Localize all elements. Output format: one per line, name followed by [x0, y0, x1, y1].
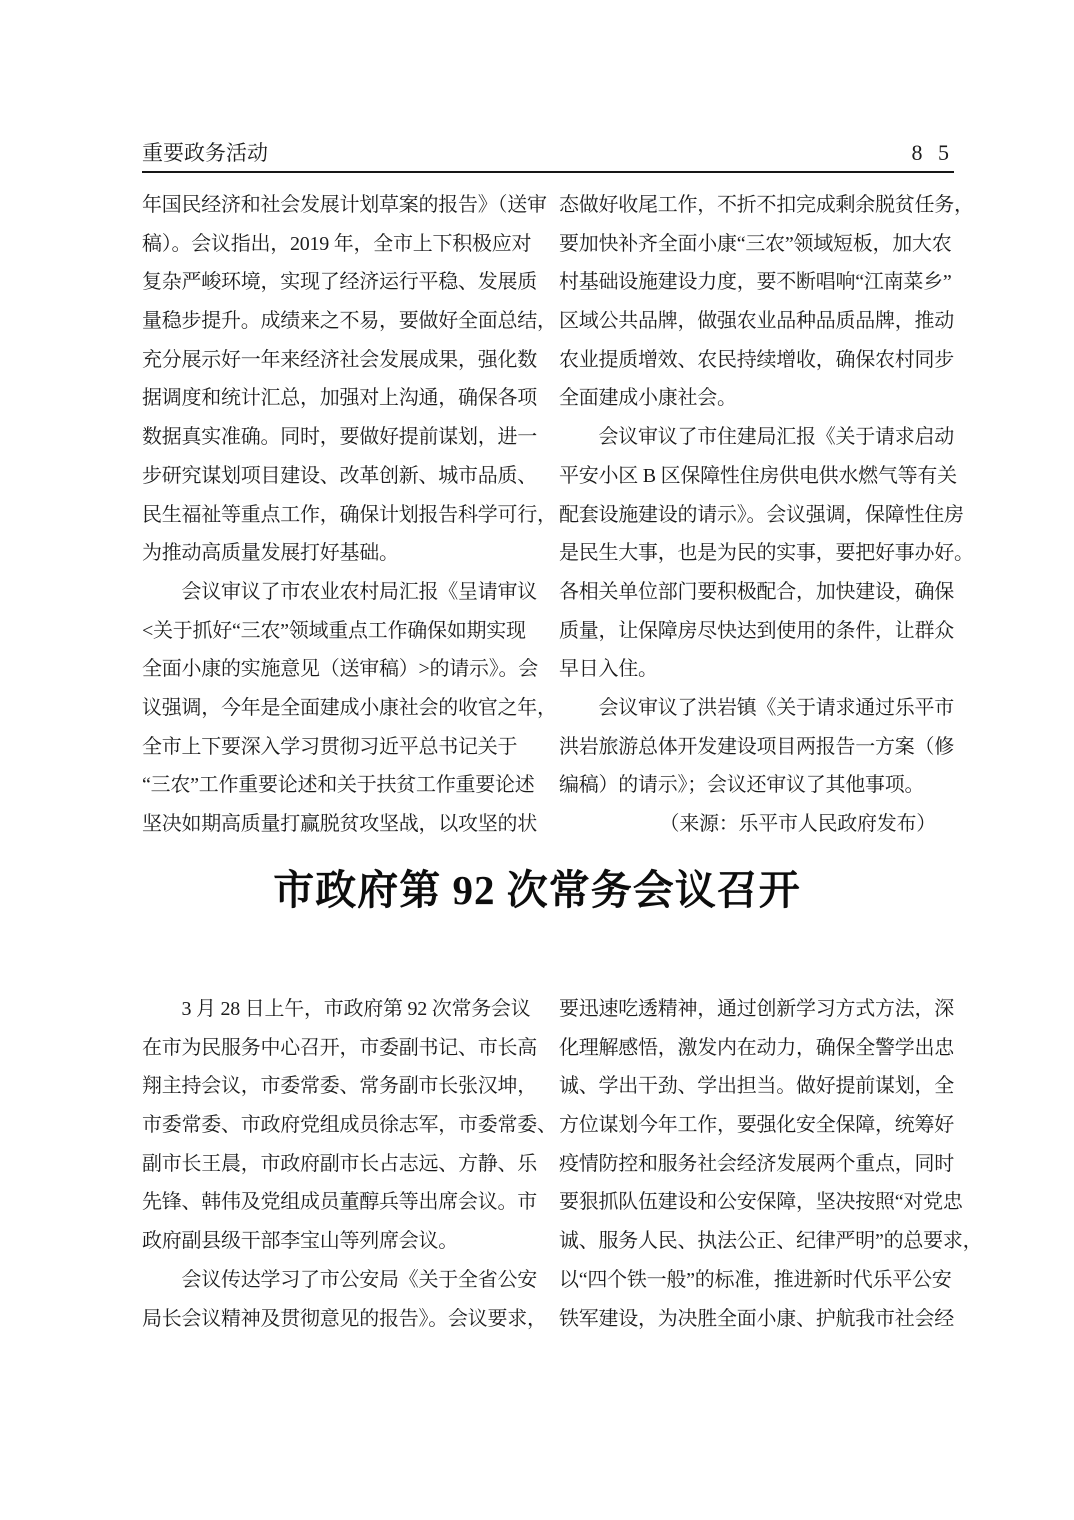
- text-line: 要迅速吃透精神，通过创新学习方式方法，深: [559, 990, 954, 1029]
- document-page: 重要政务活动 8 5 年国民经济和社会发展计划草案的报告》（送审稿）。会议指出，…: [0, 0, 1074, 1520]
- source-attribution: （来源：乐平市人民政府发布）: [559, 805, 954, 844]
- text-line: 会议审议了市农业农村局汇报《呈请审议: [142, 573, 537, 612]
- text-line: 据调度和统计汇总，加强对上沟通，确保各项: [142, 379, 537, 418]
- text-line: “三农”工作重要论述和关于扶贫工作重要论述: [142, 766, 537, 805]
- text-line: 民生福祉等重点工作，确保计划报告科学可行，: [142, 496, 537, 535]
- text-line: 会议审议了市住建局汇报《关于请求启动: [559, 418, 954, 457]
- text-line: 副市长王晨，市政府副市长占志远、方静、乐: [142, 1145, 537, 1184]
- text-line: 平安小区 B 区保障性住房供电供水燃气等有关: [559, 457, 954, 496]
- text-line: 疫情防控和服务社会经济发展两个重点，同时: [559, 1145, 954, 1184]
- text-line: 态做好收尾工作，不折不扣完成剩余脱贫任务，: [559, 186, 954, 225]
- text-line: 政府副县级干部李宝山等列席会议。: [142, 1222, 537, 1261]
- text-line: 全市上下要深入学习贯彻习近平总书记关于: [142, 728, 537, 767]
- text-line: 农业提质增效、农民持续增收，确保农村同步: [559, 341, 954, 380]
- article-1-right-lines: 态做好收尾工作，不折不扣完成剩余脱贫任务，要加快补齐全面小康“三农”领域短板，加…: [559, 186, 954, 805]
- text-line: 以“四个铁一般”的标准，推进新时代乐平公安: [559, 1261, 954, 1300]
- text-line: 3 月 28 日上午，市政府第 92 次常务会议: [142, 990, 537, 1029]
- text-line: 是民生大事，也是为民的实事，要把好事办好。: [559, 534, 954, 573]
- text-line: 量稳步提升。成绩来之不易，要做好全面总结，: [142, 302, 537, 341]
- text-line: 市委常委、市政府党组成员徐志军，市委常委、: [142, 1106, 537, 1145]
- text-line: 全面建成小康社会。: [559, 379, 954, 418]
- article-1-body: 年国民经济和社会发展计划草案的报告》（送审稿）。会议指出，2019 年，全市上下…: [142, 186, 954, 844]
- text-line: 要加快补齐全面小康“三农”领域短板，加大农: [559, 225, 954, 264]
- article-2-body: 3 月 28 日上午，市政府第 92 次常务会议在市为民服务中心召开，市委副书记…: [142, 990, 954, 1338]
- page-header: 重要政务活动 8 5: [142, 140, 954, 166]
- article-1-left-column: 年国民经济和社会发展计划草案的报告》（送审稿）。会议指出，2019 年，全市上下…: [142, 186, 537, 844]
- text-line: 村基础设施建设力度，要不断唱响“江南菜乡”: [559, 263, 954, 302]
- article-1-right-column: 态做好收尾工作，不折不扣完成剩余脱贫任务，要加快补齐全面小康“三农”领域短板，加…: [559, 186, 954, 844]
- text-line: 要狠抓队伍建设和公安保障，坚决按照“对党忠: [559, 1183, 954, 1222]
- text-line: 局长会议精神及贯彻意见的报告》。会议要求，: [142, 1300, 537, 1339]
- text-line: 早日入住。: [559, 650, 954, 689]
- text-line: 翔主持会议，市委常委、常务副市长张汉坤，: [142, 1067, 537, 1106]
- text-line: 复杂严峻环境，实现了经济运行平稳、发展质: [142, 263, 537, 302]
- text-line: <关于抓好“三农”领域重点工作确保如期实现: [142, 612, 537, 651]
- header-rule: [142, 171, 954, 173]
- text-line: 稿）。会议指出，2019 年，全市上下积极应对: [142, 225, 537, 264]
- text-line: 充分展示好一年来经济社会发展成果，强化数: [142, 341, 537, 380]
- text-line: 会议传达学习了市公安局《关于全省公安: [142, 1261, 537, 1300]
- text-line: 配套设施建设的请示》。会议强调，保障性住房: [559, 496, 954, 535]
- text-line: 诚、服务人民、执法公正、纪律严明”的总要求，: [559, 1222, 954, 1261]
- text-line: 化理解感悟，激发内在动力，确保全警学出忠: [559, 1029, 954, 1068]
- text-line: 铁军建设，为决胜全面小康、护航我市社会经: [559, 1300, 954, 1339]
- text-line: 在市为民服务中心召开，市委副书记、市长高: [142, 1029, 537, 1068]
- text-line: 编稿）的请示》；会议还审议了其他事项。: [559, 766, 954, 805]
- text-line: 会议审议了洪岩镇《关于请求通过乐平市: [559, 689, 954, 728]
- text-line: 诚、学出干劲、学出担当。做好提前谋划，全: [559, 1067, 954, 1106]
- text-line: 质量，让保障房尽快达到使用的条件，让群众: [559, 612, 954, 651]
- text-line: 年国民经济和社会发展计划草案的报告》（送审: [142, 186, 537, 225]
- article-2-title: 市政府第 92 次常务会议召开: [0, 866, 1074, 914]
- text-line: 坚决如期高质量打赢脱贫攻坚战，以攻坚的状: [142, 805, 537, 844]
- text-line: 步研究谋划项目建设、改革创新、城市品质、: [142, 457, 537, 496]
- text-line: 洪岩旅游总体开发建设项目两报告一方案（修: [559, 728, 954, 767]
- text-line: 方位谋划今年工作，要强化安全保障，统筹好: [559, 1106, 954, 1145]
- text-line: 议强调，今年是全面建成小康社会的收官之年，: [142, 689, 537, 728]
- text-line: 先锋、韩伟及党组成员董醇兵等出席会议。市: [142, 1183, 537, 1222]
- article-2-left-column: 3 月 28 日上午，市政府第 92 次常务会议在市为民服务中心召开，市委副书记…: [142, 990, 537, 1338]
- section-header: 重要政务活动: [142, 140, 268, 166]
- text-line: 区域公共品牌，做强农业品种品质品牌，推动: [559, 302, 954, 341]
- text-line: 为推动高质量发展打好基础。: [142, 534, 537, 573]
- article-2-right-column: 要迅速吃透精神，通过创新学习方式方法，深化理解感悟，激发内在动力，确保全警学出忠…: [559, 990, 954, 1338]
- text-line: 全面小康的实施意见（送审稿）>的请示》。会: [142, 650, 537, 689]
- page-number: 8 5: [912, 140, 955, 166]
- text-line: 数据真实准确。同时，要做好提前谋划，进一: [142, 418, 537, 457]
- text-line: 各相关单位部门要积极配合，加快建设，确保: [559, 573, 954, 612]
